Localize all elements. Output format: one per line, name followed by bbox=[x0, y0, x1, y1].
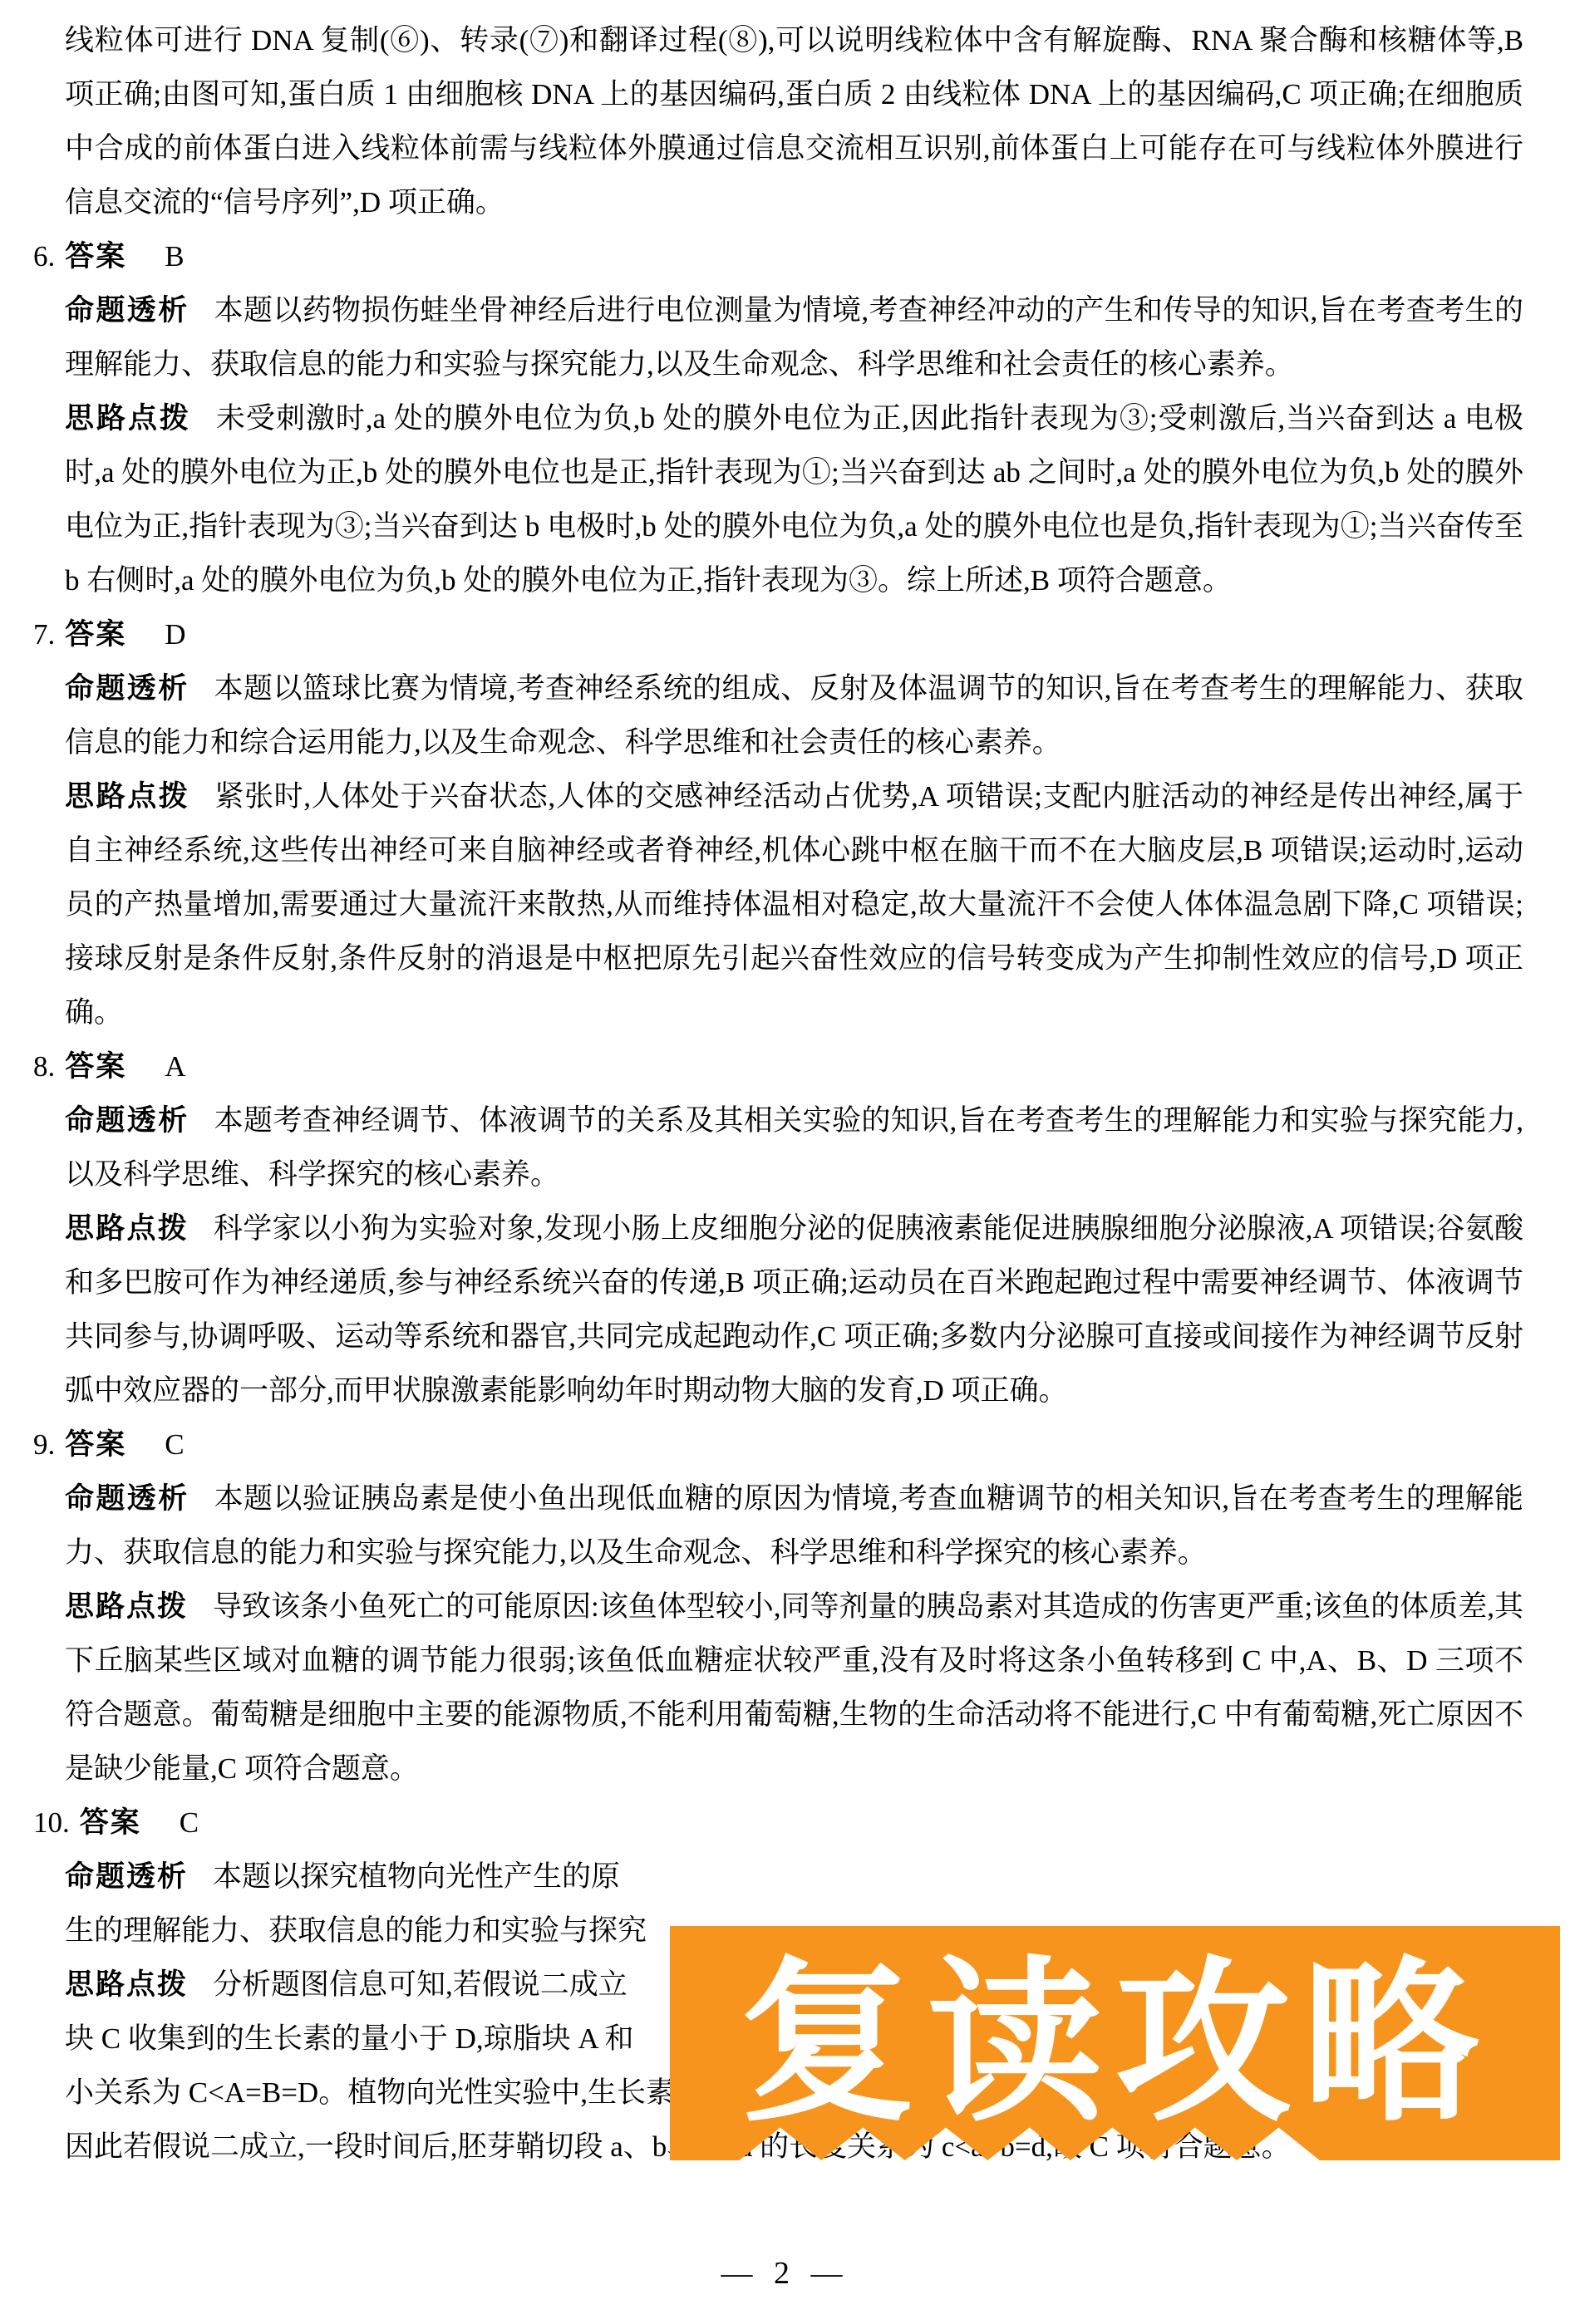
analysis-text: 本题以验证胰岛素是使小鱼出现低血糖的原因为情境,考查血糖调节的相关知识,旨在考查… bbox=[65, 1482, 1523, 1569]
question-number: 9. bbox=[33, 1428, 55, 1461]
answer-letter: C bbox=[180, 1806, 199, 1839]
watermark-banner: 复读攻略 bbox=[670, 1926, 1560, 2160]
tips-text: 科学家以小狗为实验对象,发现小肠上皮细胞分泌的促胰液素能促进胰腺细胞分泌腺液,A… bbox=[65, 1212, 1523, 1407]
tips-paragraph: 思路点拨导致该条小鱼死亡的可能原因:该鱼体型较小,同等剂量的胰岛素对其造成的伤害… bbox=[65, 1580, 1523, 1796]
analysis-text: 本题考查神经调节、体液调节的关系及其相关实验的知识,旨在考查考生的理解能力和实验… bbox=[65, 1104, 1523, 1191]
question-item-9: 9.答案C 命题透析本题以验证胰岛素是使小鱼出现低血糖的原因为情境,考查血糖调节… bbox=[65, 1417, 1523, 1796]
tips-label: 思路点拨 bbox=[65, 1212, 189, 1245]
tips-paragraph: 思路点拨科学家以小狗为实验对象,发现小肠上皮细胞分泌的促胰液素能促进胰腺细胞分泌… bbox=[65, 1201, 1523, 1417]
analysis-label: 命题透析 bbox=[65, 1860, 188, 1893]
question-item-6: 6.答案B 命题透析本题以药物损伤蛙坐骨神经后进行电位测量为情境,考查神经冲动的… bbox=[65, 229, 1523, 607]
analysis-label: 命题透析 bbox=[65, 672, 189, 705]
analysis-text: 本题以篮球比赛为情境,考查神经系统的组成、反射及体温调节的知识,旨在考查考生的理… bbox=[65, 672, 1523, 759]
question-number: 10. bbox=[33, 1806, 70, 1839]
answer-label: 答案 bbox=[80, 1806, 141, 1839]
answer-letter: C bbox=[165, 1428, 184, 1461]
scanned-answer-page: { "page": { "number_label": "— 2 —" }, "… bbox=[0, 0, 1570, 2324]
analysis-label: 命题透析 bbox=[65, 1104, 189, 1137]
analysis-line: 命题透析本题以探究植物向光性产生的原 bbox=[65, 1850, 1523, 1904]
answer-label: 答案 bbox=[65, 1428, 126, 1461]
answer-label: 答案 bbox=[65, 618, 126, 651]
answer-line: 10.答案C bbox=[33, 1796, 1523, 1850]
page-number: — 2 — bbox=[0, 2247, 1570, 2301]
page-content: 线粒体可进行 DNA 复制(⑥)、转录(⑦)和翻译过程(⑧),可以说明线粒体中含… bbox=[0, 0, 1570, 2174]
analysis-paragraph: 命题透析本题以药物损伤蛙坐骨神经后进行电位测量为情境,考查神经冲动的产生和传导的… bbox=[65, 283, 1523, 391]
tips-paragraph: 思路点拨未受刺激时,a 处的膜外电位为负,b 处的膜外电位为正,因此指针表现为③… bbox=[65, 391, 1523, 607]
analysis-paragraph: 命题透析本题考查神经调节、体液调节的关系及其相关实验的知识,旨在考查考生的理解能… bbox=[65, 1093, 1523, 1201]
question-number: 6. bbox=[33, 240, 55, 273]
answer-line: 6.答案B bbox=[33, 229, 1523, 283]
tips-text: 紧张时,人体处于兴奋状态,人体的交感神经活动占优势,A 项错误;支配内脏活动的神… bbox=[65, 780, 1523, 1029]
answer-letter: A bbox=[165, 1050, 185, 1083]
analysis-text-fragment: 本题以探究植物向光性产生的原 bbox=[213, 1860, 620, 1893]
answer-line: 9.答案C bbox=[33, 1417, 1523, 1472]
answer-label: 答案 bbox=[65, 240, 126, 273]
answer-line: 7.答案D bbox=[33, 607, 1523, 661]
question-item-8: 8.答案A 命题透析本题考查神经调节、体液调节的关系及其相关实验的知识,旨在考查… bbox=[65, 1039, 1523, 1417]
tips-label: 思路点拨 bbox=[65, 1968, 188, 2001]
analysis-paragraph: 命题透析本题以验证胰岛素是使小鱼出现低血糖的原因为情境,考查血糖调节的相关知识,… bbox=[65, 1472, 1523, 1580]
question-number: 7. bbox=[33, 618, 55, 651]
analysis-paragraph: 命题透析本题以篮球比赛为情境,考查神经系统的组成、反射及体温调节的知识,旨在考查… bbox=[65, 661, 1523, 769]
tips-text: 导致该条小鱼死亡的可能原因:该鱼体型较小,同等剂量的胰岛素对其造成的伤害更严重;… bbox=[65, 1590, 1523, 1785]
tips-paragraph: 思路点拨紧张时,人体处于兴奋状态,人体的交感神经活动占优势,A 项错误;支配内脏… bbox=[65, 769, 1523, 1039]
question-item-7: 7.答案D 命题透析本题以篮球比赛为情境,考查神经系统的组成、反射及体温调节的知… bbox=[65, 607, 1523, 1039]
tips-label: 思路点拨 bbox=[65, 1590, 188, 1623]
answer-letter: B bbox=[165, 240, 184, 273]
watermark-text: 复读攻略 bbox=[740, 1926, 1491, 2160]
analysis-label: 命题透析 bbox=[65, 1482, 189, 1515]
question-number: 8. bbox=[33, 1050, 55, 1083]
tips-label: 思路点拨 bbox=[65, 402, 191, 435]
answer-label: 答案 bbox=[65, 1050, 126, 1083]
tips-label: 思路点拨 bbox=[65, 780, 189, 813]
intro-paragraph: 线粒体可进行 DNA 复制(⑥)、转录(⑦)和翻译过程(⑧),可以说明线粒体中含… bbox=[65, 13, 1523, 229]
answer-letter: D bbox=[165, 618, 185, 651]
answer-line: 8.答案A bbox=[33, 1039, 1523, 1093]
analysis-label: 命题透析 bbox=[65, 294, 189, 327]
tips-text-fragment: 分析题图信息可知,若假说二成立 bbox=[213, 1968, 628, 2001]
analysis-text: 本题以药物损伤蛙坐骨神经后进行电位测量为情境,考查神经冲动的产生和传导的知识,旨… bbox=[65, 294, 1523, 381]
tips-text: 未受刺激时,a 处的膜外电位为负,b 处的膜外电位为正,因此指针表现为③;受刺激… bbox=[65, 402, 1523, 597]
